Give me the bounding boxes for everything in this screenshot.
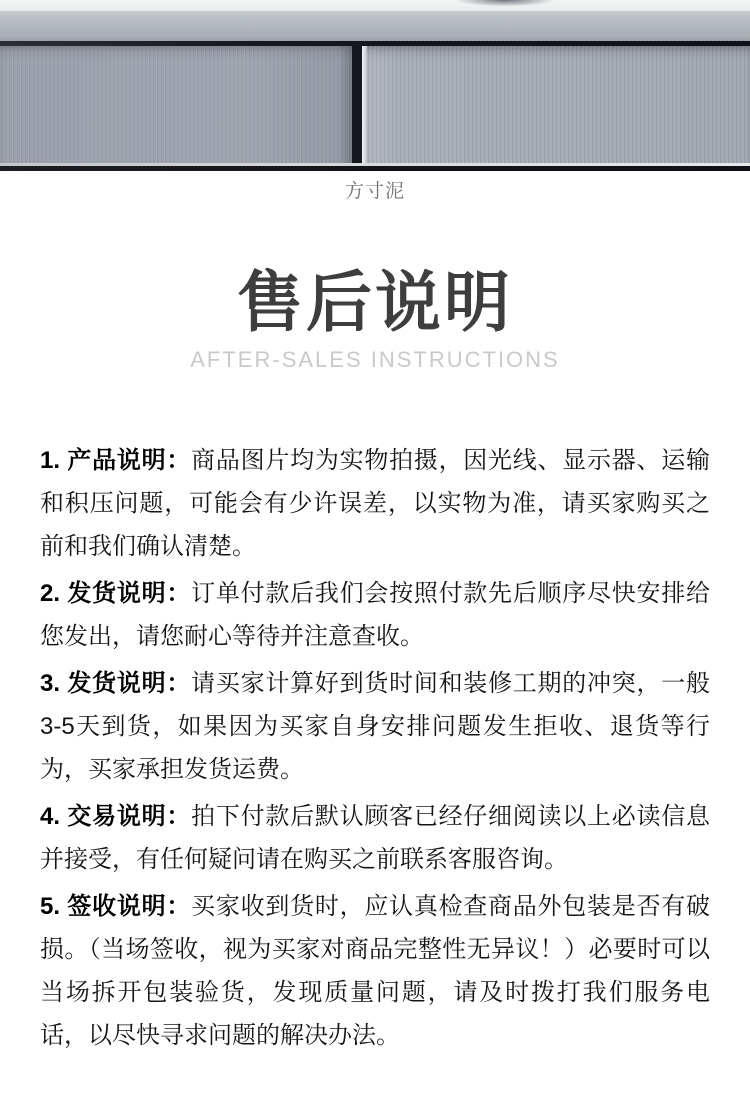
instruction-label-2: 2. 发货说明： xyxy=(40,580,191,607)
instruction-label-1: 1. 产品说明： xyxy=(40,447,191,474)
instruction-item-3: 3. 发货说明：请买家计算好到货时间和装修工期的冲突，一般 3-5天到货，如果因… xyxy=(40,662,710,791)
instruction-item-4: 4. 交易说明：拍下付款后默认顾客已经仔细阅读以上必读信息并接受，有任何疑问请在… xyxy=(40,795,710,881)
instruction-item-2: 2. 发货说明：订单付款后我们会按照付款先后顺序尽快安排给您发出，请您耐心等待并… xyxy=(40,572,710,658)
instruction-label-5: 5. 签收说明： xyxy=(40,893,191,920)
instructions-list: 1. 产品说明：商品图片均为实物拍摄，因光线、显示器、运输和积压问题，可能会有少… xyxy=(40,439,710,1057)
brand-name: 方寸泥 xyxy=(0,180,750,204)
instruction-item-5: 5. 签收说明：买家收到货时，应认真检查商品外包装是否有破损。（当场签收，视为买… xyxy=(40,885,710,1057)
instruction-label-3: 3. 发货说明： xyxy=(40,670,191,697)
drawer-divider xyxy=(352,44,362,165)
title-block: 售后说明 AFTER-SALES INSTRUCTIONS xyxy=(0,266,750,373)
page-title: 售后说明 xyxy=(0,266,750,338)
instruction-item-1: 1. 产品说明：商品图片均为实物拍摄，因光线、显示器、运输和积压问题，可能会有少… xyxy=(40,439,710,568)
page-subtitle: AFTER-SALES INSTRUCTIONS xyxy=(0,347,750,373)
drawer-front-right xyxy=(367,46,750,163)
after-sales-page: 方寸泥 售后说明 AFTER-SALES INSTRUCTIONS 1. 产品说… xyxy=(0,0,750,1110)
photo-bottom-gap-line xyxy=(0,166,750,171)
drawer-front-left xyxy=(0,46,352,163)
instruction-label-4: 4. 交易说明： xyxy=(40,803,191,830)
photo-shadow-smudge xyxy=(435,0,575,9)
photo-counter-edge xyxy=(0,11,750,41)
product-photo xyxy=(0,0,750,171)
